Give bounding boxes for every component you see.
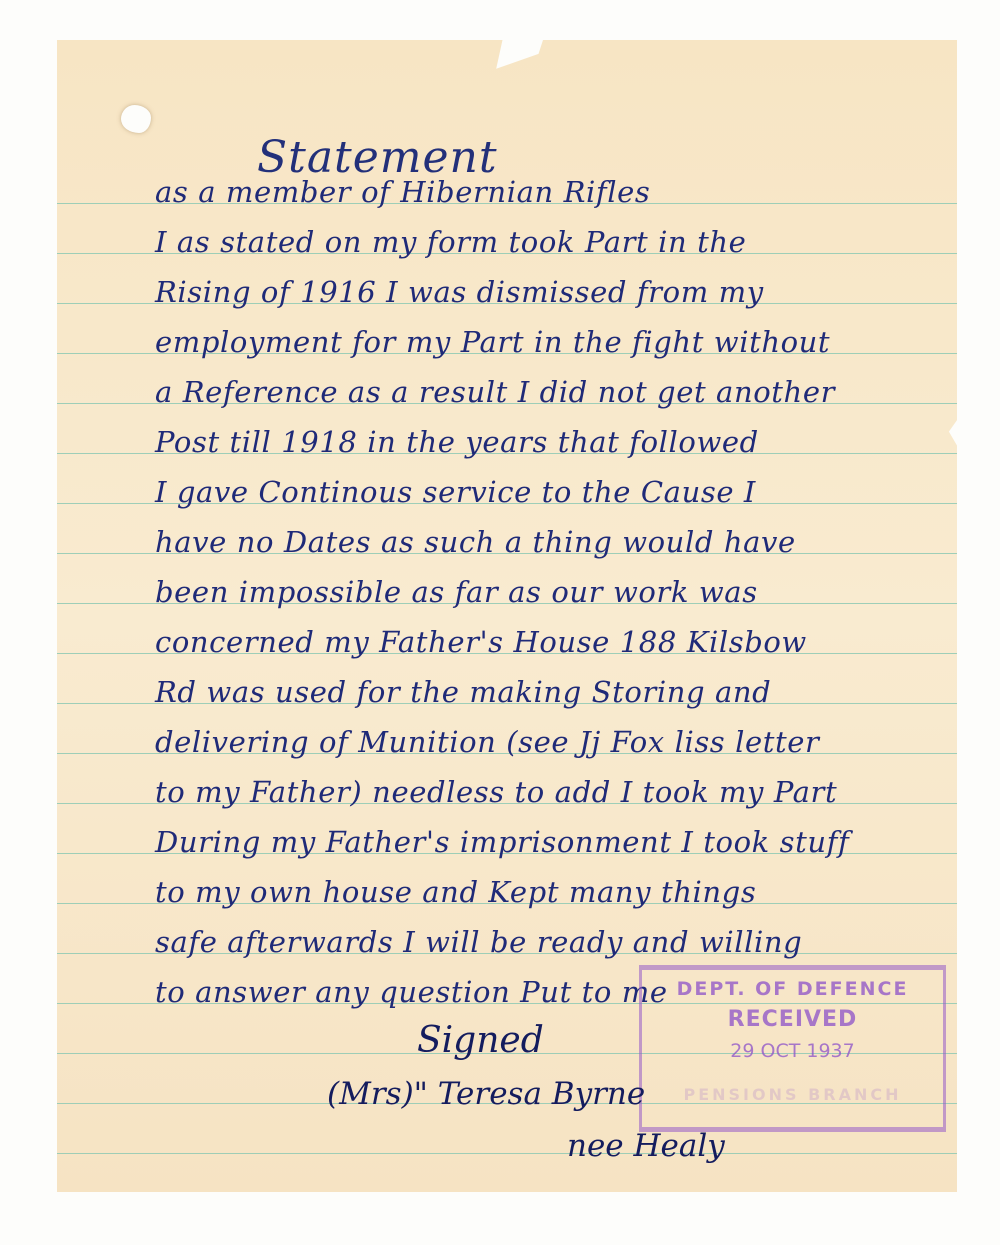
stamp-department: DEPT. OF DEFENCE [642, 978, 943, 1000]
signed-label: Signed [417, 1020, 544, 1061]
text-line: Rd was used for the making Storing and [155, 678, 771, 707]
text-line: Post till 1918 in the years that followe… [155, 428, 759, 457]
received-stamp: DEPT. OF DEFENCE RECEIVED 29 OCT 1937 PE… [639, 965, 946, 1132]
text-line: delivering of Munition (see Jj Fox liss … [155, 728, 819, 757]
text-line: I as stated on my form took Part in the [155, 228, 746, 257]
signature-name: (Mrs)" Teresa Byrne [327, 1076, 645, 1112]
stamp-branch: PENSIONS BRANCH [642, 1085, 943, 1104]
signature-maiden-name: nee Healy [567, 1128, 725, 1164]
text-line: I gave Continous service to the Cause I [155, 478, 756, 507]
stamp-received: RECEIVED [642, 1007, 943, 1032]
text-line: to my Father) needless to add I took my … [155, 778, 837, 807]
text-line: have no Dates as such a thing would have [155, 528, 796, 557]
text-line: employment for my Part in the fight with… [155, 328, 830, 357]
punch-hole [121, 105, 151, 133]
text-line: safe afterwards I will be ready and will… [155, 928, 802, 957]
text-line: as a member of Hibernian Rifles [155, 178, 650, 207]
stamp-date: 29 OCT 1937 [642, 1040, 943, 1062]
text-line: been impossible as far as our work was [155, 578, 758, 607]
text-line: to my own house and Kept many things [155, 878, 756, 907]
document-paper: Statement as a member of Hibernian Rifle… [57, 40, 957, 1192]
text-line: to answer any question Put to me [155, 978, 668, 1007]
text-line: concerned my Father's House 188 Kilsbow [155, 628, 807, 657]
text-line: Rising of 1916 I was dismissed from my [155, 278, 764, 307]
text-line: a Reference as a result I did not get an… [155, 378, 835, 407]
text-line: During my Father's imprisonment I took s… [155, 828, 849, 857]
ruled-line [57, 1153, 957, 1154]
